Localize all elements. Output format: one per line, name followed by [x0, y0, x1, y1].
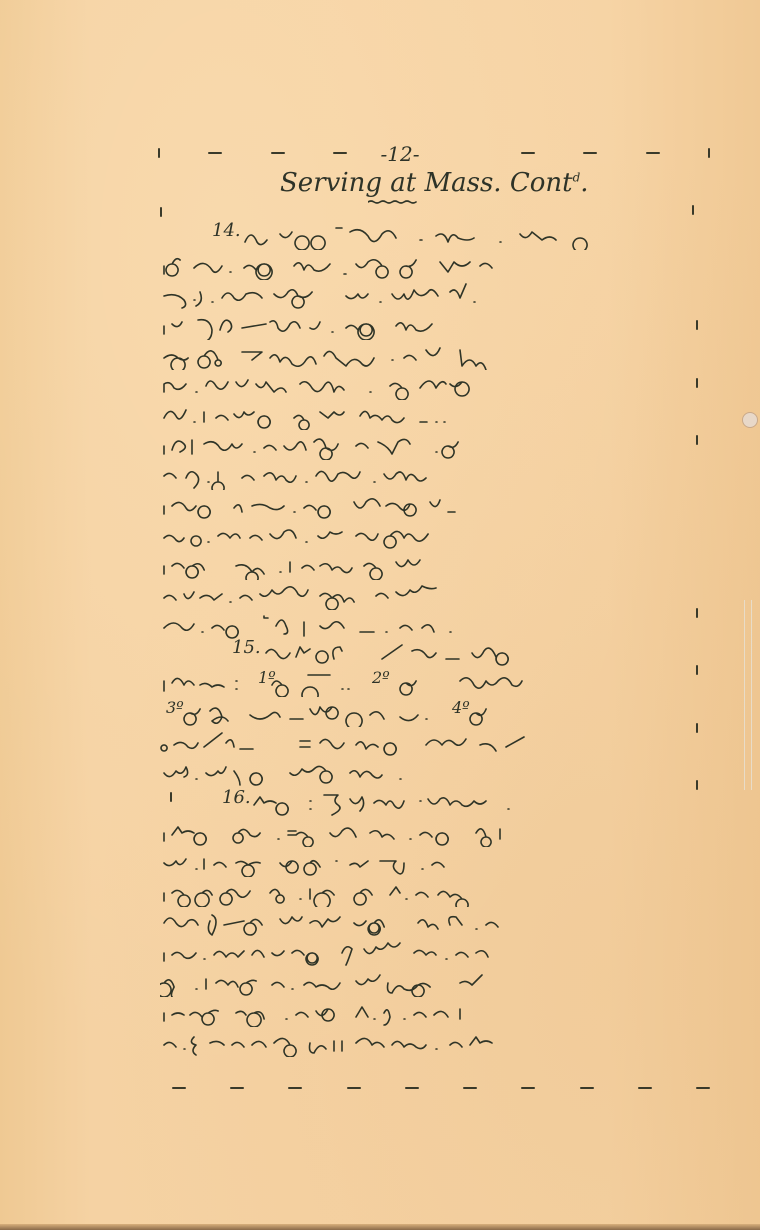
ordinal-2: 2º: [372, 668, 390, 687]
shorthand-line: [262, 637, 710, 667]
title-text: Serving at Mass. Cont: [280, 168, 573, 198]
shorthand-line: [160, 400, 710, 430]
shorthand-line: [160, 550, 710, 580]
bottom-dashed-border: [172, 1083, 710, 1093]
ordinal-4: 4º: [452, 698, 470, 717]
shorthand-line: [160, 847, 710, 877]
margin-tick: [170, 792, 172, 802]
section-number-16: 16.: [222, 787, 251, 808]
ordinal-1: 1º: [258, 668, 276, 687]
section-number-14: 14.: [212, 220, 241, 241]
section-number-15: 15.: [232, 637, 261, 658]
margin-tick: [692, 205, 694, 215]
shorthand-line: [160, 610, 710, 640]
shorthand-line: [160, 460, 710, 490]
top-dashed-border: [158, 148, 710, 158]
title-suffix: .: [580, 168, 588, 198]
margin-tick: [160, 207, 162, 217]
binding-thread: [744, 600, 752, 790]
shorthand-line: [160, 757, 710, 787]
shorthand-line: [250, 787, 710, 817]
shorthand-line: [160, 907, 710, 937]
shorthand-line: [160, 877, 710, 907]
shorthand-line: [160, 250, 710, 280]
shorthand-line: [160, 370, 710, 400]
shorthand-line: [160, 340, 710, 370]
shorthand-line: [160, 667, 710, 697]
shorthand-line: [160, 697, 710, 727]
title-wavy-underline: [368, 200, 418, 204]
page-bottom-edge: [0, 1224, 760, 1230]
page-title: Serving at Mass. Contd.: [280, 168, 620, 198]
shorthand-line: [160, 817, 710, 847]
shorthand-line: [240, 220, 710, 250]
shorthand-line: [160, 430, 710, 460]
shorthand-line: [160, 490, 710, 520]
shorthand-line: [160, 310, 710, 340]
shorthand-line: [160, 580, 710, 610]
shorthand-line: [160, 937, 710, 967]
scanned-page: -12- Serving at Mass. Contd. 14.: [0, 0, 760, 1230]
shorthand-line: [160, 520, 710, 550]
ordinal-3: 3º: [166, 698, 184, 717]
shorthand-line: [160, 280, 710, 310]
shorthand-line: [160, 967, 710, 997]
shorthand-line: [160, 1027, 710, 1057]
shorthand-line: [160, 997, 710, 1027]
page-number: -12-: [370, 142, 430, 166]
binding-hole: [742, 412, 758, 428]
shorthand-line: [160, 727, 710, 757]
